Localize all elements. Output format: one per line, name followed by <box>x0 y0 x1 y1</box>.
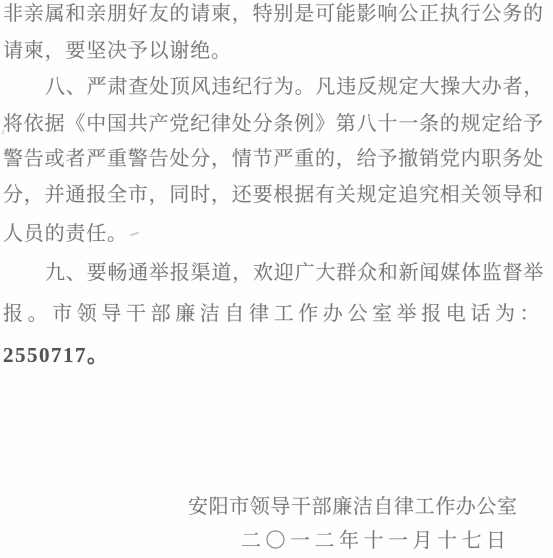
scanned-document-page: 非亲属和亲朋好友的请柬，特别是可能影响公正执行公务的 请柬，要坚决予以谢绝。 八… <box>0 0 553 558</box>
body-line-8-paragraph-nine-start: 九、要畅通举报渠道，欢迎广大群众和新闻媒体监督举 <box>45 261 544 285</box>
report-phone-number: 2550717。 <box>3 343 110 367</box>
body-line-9: 报。市领导干部廉洁自律工作办公室举报电话为： <box>3 302 544 326</box>
body-line-5: 警告或者严重警告处分，情节严重的，给予撤销党内职务处 <box>3 147 544 171</box>
body-line-6: 分，并通报全市，同时，还要根据有关规定追究相关领导和 <box>3 183 544 207</box>
body-line-7: 人员的责任。 <box>3 222 128 246</box>
body-line-3-paragraph-eight-start: 八、严肃查处顶风违纪行为。凡违反规定大操大办者， <box>45 75 544 99</box>
scan-artifact-speck <box>193 56 196 59</box>
body-line-1: 非亲属和亲朋好友的请柬，特别是可能影响公正执行公务的 <box>3 2 544 26</box>
body-line-2: 请柬，要坚决予以谢绝。 <box>3 39 232 63</box>
scan-artifact-dash <box>130 232 139 237</box>
signature-organization: 安阳市领导干部廉洁自律工作办公室 <box>188 495 518 519</box>
signature-date: 二〇一二年十一月十七日 <box>241 529 511 553</box>
body-line-4: 将依据《中国共产党纪律处分条例》第八十一条的规定给予 <box>3 112 544 136</box>
